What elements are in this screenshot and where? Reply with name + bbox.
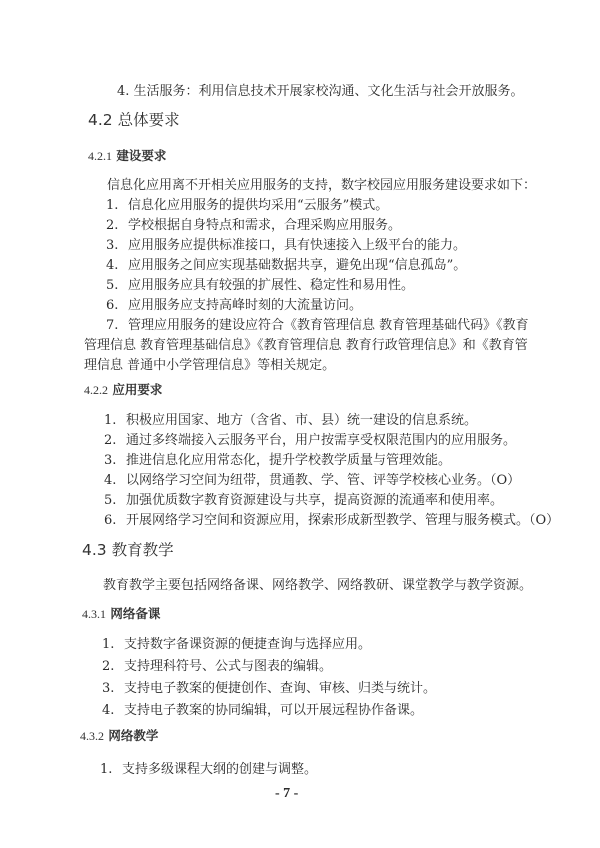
item-number: 2. — [106, 218, 128, 234]
list-item: 3.应用服务应提供标准接口，具有快速接入上级平台的能力。 — [106, 238, 466, 254]
list-item: 1.支持多级课程大纲的创建与调整。 — [100, 762, 317, 778]
section-number: 4.2.1 — [88, 148, 112, 164]
item-text: 应用服务之间应实现基础数据共享，避免出现“信息孤岛”。 — [128, 258, 466, 273]
item-text: 应用服务应具有较强的扩展性、稳定性和易用性。 — [128, 278, 414, 293]
list-item: 1.支持数字备课资源的便捷查询与选择应用。 — [102, 637, 371, 653]
item-number: 1. — [100, 762, 122, 778]
section-heading-4-2-2: 4.2.2 应用要求 — [84, 382, 162, 398]
section-heading-4-3: 4.3 教育教学 — [82, 542, 174, 558]
item-number: 6. — [106, 298, 128, 314]
item-number: 5. — [104, 493, 126, 509]
section-number: 4.2 — [88, 111, 113, 129]
section-title: 教育教学 — [112, 541, 174, 559]
item-text: 支持数字备课资源的便捷查询与选择应用。 — [124, 637, 371, 652]
section-heading-4-2: 4.2 总体要求 — [88, 112, 180, 128]
item-number: 2. — [102, 659, 124, 675]
item-number: 4. — [106, 258, 128, 274]
item-text: 支持多级课程大纲的创建与调整。 — [122, 762, 317, 777]
item-number: 2. — [104, 433, 126, 449]
item-text: 支持电子教案的便捷创作、查询、审核、归类与统计。 — [124, 681, 436, 696]
paragraph: 信息化应用离不开相关应用服务的支持，数字校园应用服务建设要求如下： — [107, 178, 536, 194]
item-text: 以网络学习空间为纽带，贯通教、学、管、评等学校核心业务。（O） — [126, 473, 520, 488]
item-text: 开展网络学习空间和资源应用，探索形成新型教学、管理与服务模式。（O） — [126, 513, 559, 528]
item-text: 加强优质数字教育资源建设与共享，提高资源的流通率和使用率。 — [126, 493, 503, 508]
list-item: 3.推进信息化应用常态化，提升学校教学质量与管理效能。 — [104, 453, 451, 469]
section-title: 总体要求 — [118, 111, 180, 129]
section-number: 4.3 — [82, 541, 107, 559]
section-heading-4-3-2: 4.3.2 网络教学 — [80, 728, 158, 744]
section-title: 网络备课 — [110, 606, 160, 621]
list-item: 4.应用服务之间应实现基础数据共享，避免出现“信息孤岛”。 — [106, 258, 466, 274]
item-text: 推进信息化应用常态化，提升学校教学质量与管理效能。 — [126, 453, 451, 468]
item-text: 信息化应用服务的提供均采用“云服务”模式。 — [128, 198, 388, 213]
list-item: 5.加强优质数字教育资源建设与共享，提高资源的流通率和使用率。 — [104, 493, 503, 509]
item-text: 学校根据自身特点和需求，合理采购应用服务。 — [128, 218, 401, 233]
item-number: 4. — [102, 703, 124, 719]
list-item: 7.管理应用服务的建设应符合《教育管理信息 教育管理基础代码》《教育 — [106, 318, 529, 334]
item-text: 管理应用服务的建设应符合《教育管理信息 教育管理基础代码》《教育 — [128, 318, 529, 333]
list-item: 2.学校根据自身特点和需求，合理采购应用服务。 — [106, 218, 401, 234]
item-text: 支持电子教案的协同编辑，可以开展远程协作备课。 — [124, 703, 423, 718]
item-number: 3. — [102, 681, 124, 697]
list-item: 4.支持电子教案的协同编辑，可以开展远程协作备课。 — [102, 703, 423, 719]
list-item: 1.信息化应用服务的提供均采用“云服务”模式。 — [106, 198, 388, 214]
list-item: 2.通过多终端接入云服务平台，用户按需享受权限范围内的应用服务。 — [104, 433, 516, 449]
item-number: 3. — [104, 453, 126, 469]
item-number: 1. — [102, 637, 124, 653]
section-title: 建设要求 — [116, 148, 166, 163]
list-item-continuation: 管理信息 教育管理基础信息》《教育管理信息 教育行政管理信息》和《教育管 — [84, 338, 528, 354]
list-item: 5.应用服务应具有较强的扩展性、稳定性和易用性。 — [106, 278, 414, 294]
list-item: 4.以网络学习空间为纽带，贯通教、学、管、评等学校核心业务。（O） — [104, 473, 520, 489]
page-number: - 7 - — [275, 786, 298, 802]
item-number: 1. — [106, 198, 128, 214]
section-title: 应用要求 — [112, 382, 162, 397]
paragraph: 教育教学主要包括网络备课、网络教学、网络教研、课堂教学与教学资源。 — [103, 578, 532, 594]
list-item-continuation: 理信息 普通中小学管理信息》等相关规定。 — [84, 358, 335, 374]
section-number: 4.3.1 — [82, 606, 106, 622]
section-number: 4.2.2 — [84, 382, 108, 398]
item-number: 3. — [106, 238, 128, 254]
list-item: 3.支持电子教案的便捷创作、查询、审核、归类与统计。 — [102, 681, 436, 697]
section-title: 网络教学 — [108, 728, 158, 743]
item-number: 7. — [106, 318, 128, 334]
item-number: 6. — [104, 513, 126, 529]
item-text: 支持理科符号、公式与图表的编辑。 — [124, 659, 332, 674]
item-number: 4. — [104, 473, 126, 489]
list-item: 1.积极应用国家、地方（含省、市、县）统一建设的信息系统。 — [104, 413, 477, 429]
item-text: 应用服务应提供标准接口，具有快速接入上级平台的能力。 — [128, 238, 466, 253]
list-item: 6.应用服务应支持高峰时刻的大流量访问。 — [106, 298, 362, 314]
item-number: 5. — [106, 278, 128, 294]
list-item: 4. 生活服务：利用信息技术开展家校沟通、文化生活与社会开放服务。 — [117, 84, 524, 100]
list-item: 6.开展网络学习空间和资源应用，探索形成新型教学、管理与服务模式。（O） — [104, 513, 559, 529]
section-heading-4-3-1: 4.3.1 网络备课 — [82, 606, 160, 622]
list-item: 2.支持理科符号、公式与图表的编辑。 — [102, 659, 332, 675]
item-number: 1. — [104, 413, 126, 429]
item-text: 应用服务应支持高峰时刻的大流量访问。 — [128, 298, 362, 313]
section-number: 4.3.2 — [80, 728, 104, 744]
section-heading-4-2-1: 4.2.1 建设要求 — [88, 148, 166, 164]
item-text: 通过多终端接入云服务平台，用户按需享受权限范围内的应用服务。 — [126, 433, 516, 448]
item-text: 积极应用国家、地方（含省、市、县）统一建设的信息系统。 — [126, 413, 477, 428]
